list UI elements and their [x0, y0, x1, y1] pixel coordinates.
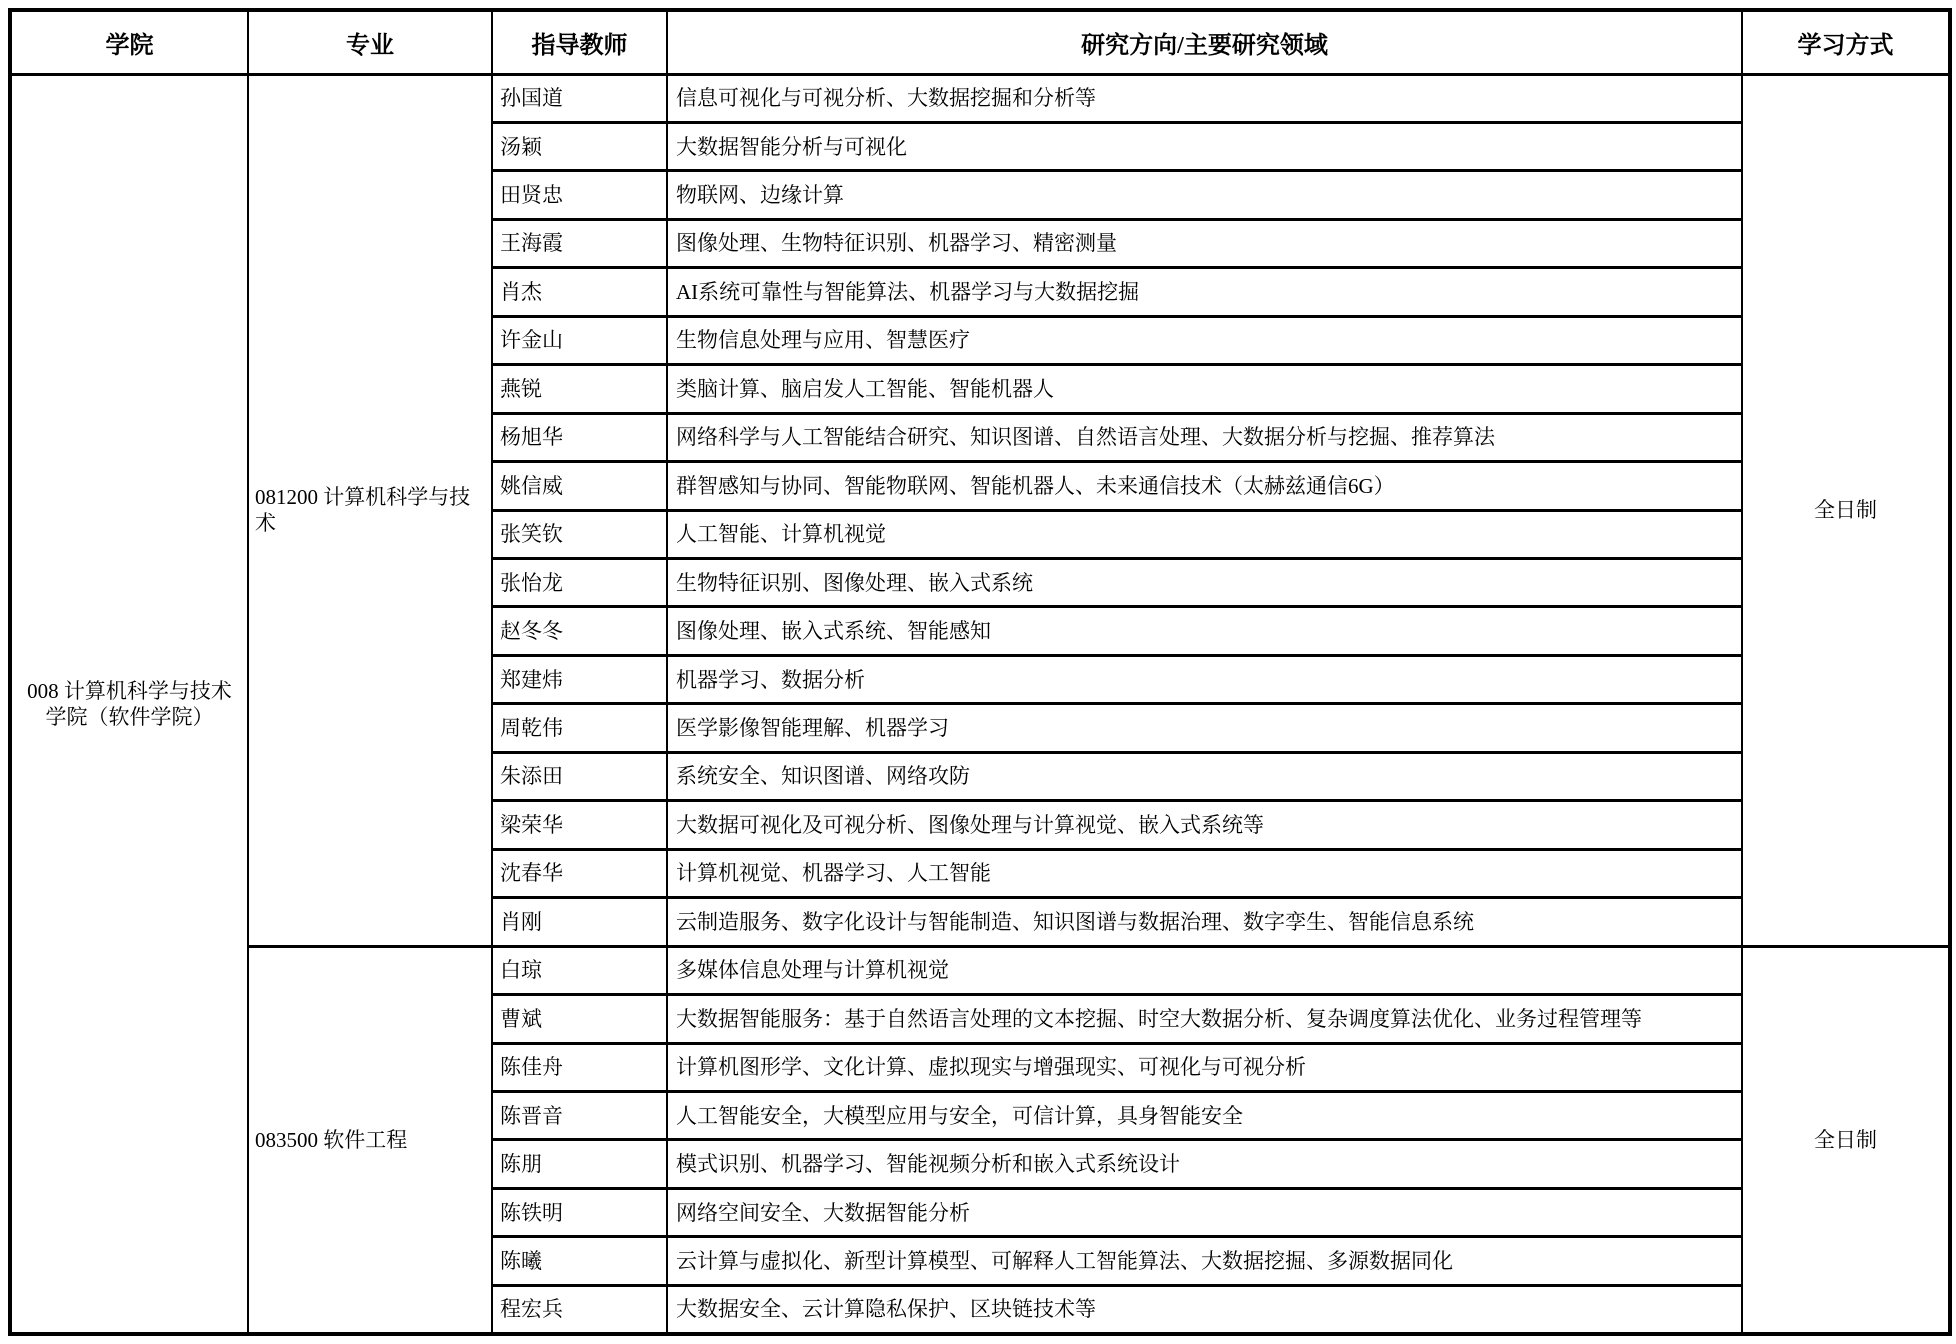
research-area-cell: 大数据安全、云计算隐私保护、区块链技术等 [667, 1285, 1742, 1334]
advisor-name-cell: 陈晋音 [492, 1092, 667, 1140]
advisor-name-cell: 朱添田 [492, 752, 667, 800]
advisor-name-cell: 陈佳舟 [492, 1043, 667, 1091]
research-area-cell: 大数据可视化及可视分析、图像处理与计算视觉、嵌入式系统等 [667, 801, 1742, 849]
advisor-name-cell: 汤颖 [492, 122, 667, 170]
major-cell: 081200 计算机科学与技术 [248, 74, 492, 946]
header-study-mode: 学习方式 [1742, 10, 1950, 74]
research-area-cell: 信息可视化与可视分析、大数据挖掘和分析等 [667, 74, 1742, 122]
advisor-name-cell: 陈朋 [492, 1140, 667, 1188]
advisor-name-cell: 张怡龙 [492, 559, 667, 607]
research-area-cell: 网络科学与人工智能结合研究、知识图谱、自然语言处理、大数据分析与挖掘、推荐算法 [667, 413, 1742, 461]
research-area-cell: 图像处理、生物特征识别、机器学习、精密测量 [667, 219, 1742, 267]
research-area-cell: 生物信息处理与应用、智慧医疗 [667, 316, 1742, 364]
header-research: 研究方向/主要研究领域 [667, 10, 1742, 74]
research-area-cell: 类脑计算、脑启发人工智能、智能机器人 [667, 365, 1742, 413]
research-area-cell: 物联网、边缘计算 [667, 171, 1742, 219]
header-major: 专业 [248, 10, 492, 74]
advisor-name-cell: 周乾伟 [492, 704, 667, 752]
study-mode-cell: 全日制 [1742, 74, 1950, 946]
advisor-name-cell: 姚信威 [492, 462, 667, 510]
research-area-cell: 医学影像智能理解、机器学习 [667, 704, 1742, 752]
advisor-roster-table: 学院 专业 指导教师 研究方向/主要研究领域 学习方式 008 计算机科学与技术… [8, 8, 1952, 1336]
table-row: 083500 软件工程白琼多媒体信息处理与计算机视觉全日制 [10, 946, 1950, 994]
research-area-cell: 机器学习、数据分析 [667, 655, 1742, 703]
research-area-cell: 大数据智能分析与可视化 [667, 122, 1742, 170]
advisor-name-cell: 杨旭华 [492, 413, 667, 461]
study-mode-cell: 全日制 [1742, 946, 1950, 1334]
research-area-cell: 计算机图形学、文化计算、虚拟现实与增强现实、可视化与可视分析 [667, 1043, 1742, 1091]
advisor-name-cell: 许金山 [492, 316, 667, 364]
table-header: 学院 专业 指导教师 研究方向/主要研究领域 学习方式 [10, 10, 1950, 74]
research-area-cell: 多媒体信息处理与计算机视觉 [667, 946, 1742, 994]
advisor-name-cell: 郑建炜 [492, 655, 667, 703]
advisor-name-cell: 张笑钦 [492, 510, 667, 558]
advisor-name-cell: 田贤忠 [492, 171, 667, 219]
research-area-cell: AI系统可靠性与智能算法、机器学习与大数据挖掘 [667, 268, 1742, 316]
header-row: 学院 专业 指导教师 研究方向/主要研究领域 学习方式 [10, 10, 1950, 74]
header-college: 学院 [10, 10, 248, 74]
advisor-name-cell: 王海霞 [492, 219, 667, 267]
advisor-name-cell: 陈铁明 [492, 1188, 667, 1236]
research-area-cell: 群智感知与协同、智能物联网、智能机器人、未来通信技术（太赫兹通信6G） [667, 462, 1742, 510]
advisor-name-cell: 程宏兵 [492, 1285, 667, 1334]
table-row: 008 计算机科学与技术学院（软件学院）081200 计算机科学与技术孙国道信息… [10, 74, 1950, 122]
research-area-cell: 大数据智能服务：基于自然语言处理的文本挖掘、时空大数据分析、复杂调度算法优化、业… [667, 995, 1742, 1043]
research-area-cell: 人工智能、计算机视觉 [667, 510, 1742, 558]
advisor-name-cell: 白琼 [492, 946, 667, 994]
header-advisor: 指导教师 [492, 10, 667, 74]
research-area-cell: 网络空间安全、大数据智能分析 [667, 1188, 1742, 1236]
research-area-cell: 计算机视觉、机器学习、人工智能 [667, 849, 1742, 897]
research-area-cell: 系统安全、知识图谱、网络攻防 [667, 752, 1742, 800]
research-area-cell: 生物特征识别、图像处理、嵌入式系统 [667, 559, 1742, 607]
college-cell: 008 计算机科学与技术学院（软件学院） [10, 74, 248, 1334]
advisor-name-cell: 燕锐 [492, 365, 667, 413]
advisor-name-cell: 肖杰 [492, 268, 667, 316]
table-body: 008 计算机科学与技术学院（软件学院）081200 计算机科学与技术孙国道信息… [10, 74, 1950, 1334]
advisor-name-cell: 肖刚 [492, 898, 667, 946]
research-area-cell: 图像处理、嵌入式系统、智能感知 [667, 607, 1742, 655]
major-cell: 083500 软件工程 [248, 946, 492, 1334]
research-area-cell: 人工智能安全，大模型应用与安全，可信计算，具身智能安全 [667, 1092, 1742, 1140]
advisor-name-cell: 沈春华 [492, 849, 667, 897]
advisor-name-cell: 赵冬冬 [492, 607, 667, 655]
advisor-name-cell: 孙国道 [492, 74, 667, 122]
advisor-name-cell: 曹斌 [492, 995, 667, 1043]
advisor-name-cell: 梁荣华 [492, 801, 667, 849]
advisor-name-cell: 陈曦 [492, 1237, 667, 1285]
research-area-cell: 云计算与虚拟化、新型计算模型、可解释人工智能算法、大数据挖掘、多源数据同化 [667, 1237, 1742, 1285]
research-area-cell: 云制造服务、数字化设计与智能制造、知识图谱与数据治理、数字孪生、智能信息系统 [667, 898, 1742, 946]
research-area-cell: 模式识别、机器学习、智能视频分析和嵌入式系统设计 [667, 1140, 1742, 1188]
